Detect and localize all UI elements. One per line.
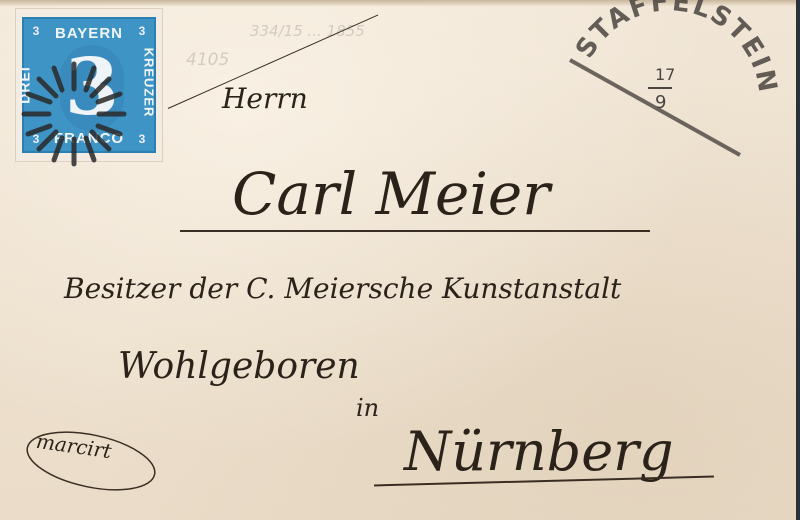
postmark-icon: STAFFELSTEIN 17 9 xyxy=(560,0,780,170)
stamp-corner-tl: 3 xyxy=(26,21,46,41)
svg-text:9: 9 xyxy=(655,92,666,113)
address-city: Nürnberg xyxy=(404,420,674,483)
name-underline xyxy=(180,230,650,232)
envelope: 334/15 ... 1855 4105 BAYERN DREI KREUZER… xyxy=(0,0,800,520)
stamp-corner-br: 3 xyxy=(132,129,152,149)
stamp-right-text: KREUZER xyxy=(142,48,157,118)
envelope-right-edge xyxy=(796,0,800,520)
address-name: Carl Meier xyxy=(232,160,550,228)
address-honorific: Wohlgeboren xyxy=(118,346,360,387)
address-title-line: Besitzer der C. Meiersche Kunstanstalt xyxy=(64,272,621,305)
svg-text:17: 17 xyxy=(655,65,675,84)
address-preposition: in xyxy=(356,394,379,422)
address-salutation: Herrn xyxy=(222,82,308,115)
pencil-note-number: 4105 xyxy=(186,50,229,70)
stamp-corner-tr: 3 xyxy=(132,21,152,41)
cancellation-mark-icon xyxy=(14,54,134,174)
pencil-note-top: 334/15 ... 1855 xyxy=(250,22,365,40)
